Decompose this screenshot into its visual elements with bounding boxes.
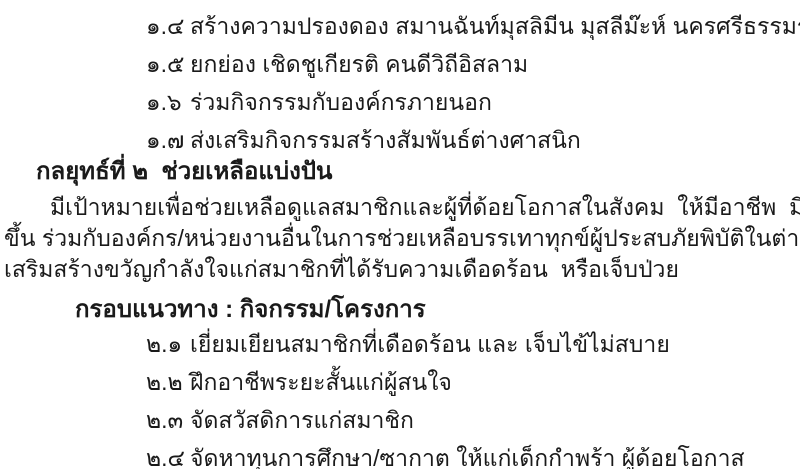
item-number: ๑.๕ xyxy=(146,50,190,78)
framework-heading: กรอบแนวทาง : กิจกรรม/โครงการ xyxy=(75,296,426,324)
item-number: ๒.๔ xyxy=(146,444,190,469)
item-number: ๒.๒ xyxy=(146,368,190,396)
item-text: จัดหาทุนการศึกษา/ซากาต ให้แก่เด็กกำพร้า … xyxy=(190,444,745,469)
item-text: ส่งเสริมกิจกรรมสร้างสัมพันธ์ต่างศาสนิก xyxy=(190,126,581,154)
list-item: ๒.๒ ฝึกอาชีพระยะสั้นแก่ผู้สนใจ xyxy=(146,368,452,396)
item-number: ๑.๖ xyxy=(146,88,190,116)
document-page: ๑.๔ สร้างความปรองดอง สมานฉันท์มุสลิมีน ม… xyxy=(0,0,800,469)
list-item: ๑.๔ สร้างความปรองดอง สมานฉันท์มุสลิมีน ม… xyxy=(146,12,800,40)
item-number: ๒.๑ xyxy=(146,330,190,358)
paragraph-line-1: มีเป้าหมายเพื่อช่วยเหลือดูแลสมาชิกและผู้… xyxy=(50,193,800,221)
item-number: ๒.๓ xyxy=(146,406,190,434)
item-text: ยกย่อง เชิดชูเกียรติ คนดีวิถีอิสลาม xyxy=(190,50,528,78)
item-text: ฝึกอาชีพระยะสั้นแก่ผู้สนใจ xyxy=(190,368,452,396)
list-item: ๒.๓ จัดสวัสดิการแก่สมาชิก xyxy=(146,406,414,434)
list-item: ๑.๕ ยกย่อง เชิดชูเกียรติ คนดีวิถีอิสลาม xyxy=(146,50,528,78)
list-item: ๒.๑ เยี่ยมเยียนสมาชิกที่เดือดร้อน และ เจ… xyxy=(146,330,670,358)
paragraph-line-3: เสริมสร้างขวัญกำลังใจแก่สมาชิกที่ได้รับค… xyxy=(4,255,679,283)
list-item: ๒.๔ จัดหาทุนการศึกษา/ซากาต ให้แก่เด็กกำพ… xyxy=(146,444,745,469)
strategy-2-heading: กลยุทธ์ที่ ๒ ช่วยเหลือแบ่งปัน xyxy=(36,158,332,186)
paragraph-line-2: ขึ้น ร่วมกับองค์กร/หน่วยงานอื่นในการช่วย… xyxy=(4,224,800,252)
item-text: ร่วมกิจกรรมกับองค์กรภายนอก xyxy=(190,88,492,116)
list-item: ๑.๖ ร่วมกิจกรรมกับองค์กรภายนอก xyxy=(146,88,492,116)
item-number: ๑.๔ xyxy=(146,12,190,40)
item-text: เยี่ยมเยียนสมาชิกที่เดือดร้อน และ เจ็บไข… xyxy=(190,330,670,358)
item-text: สร้างความปรองดอง สมานฉันท์มุสลิมีน มุสลี… xyxy=(190,12,800,40)
item-number: ๑.๗ xyxy=(146,126,190,154)
item-text: จัดสวัสดิการแก่สมาชิก xyxy=(190,406,414,434)
list-item: ๑.๗ ส่งเสริมกิจกรรมสร้างสัมพันธ์ต่างศาสน… xyxy=(146,126,581,154)
